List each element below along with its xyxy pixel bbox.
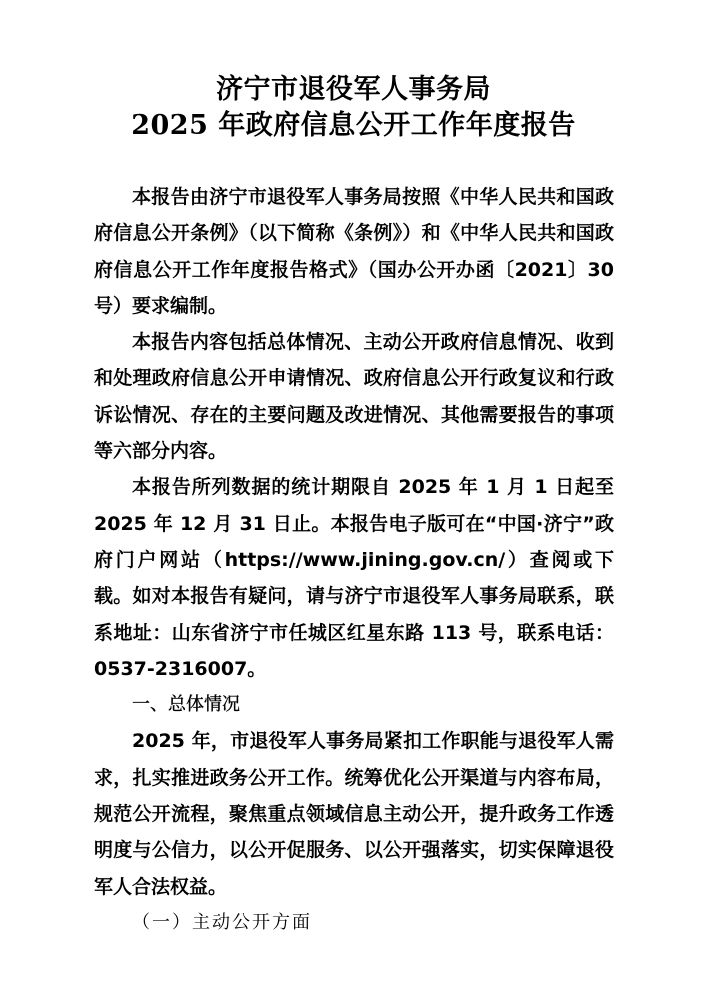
subsection-heading-proactive-disclosure: （一）主动公开方面 (94, 905, 614, 941)
paragraph-overview: 2025 年，市退役军人事务局紧扣工作职能与退役军人需求，扎实推进政务公开工作。… (94, 723, 614, 904)
title-organization: 济宁市退役军人事务局 (0, 72, 707, 108)
document-page: 济宁市退役军人事务局 2025 年政府信息公开工作年度报告 本报告由济宁市退役军… (0, 0, 707, 999)
paragraph-intro-period: 本报告所列数据的统计期限自 2025 年 1 月 1 日起至 2025 年 12… (94, 469, 614, 687)
title-report-name: 2025 年政府信息公开工作年度报告 (0, 108, 707, 144)
paragraph-intro-basis: 本报告由济宁市退役军人事务局按照《中华人民共和国政府信息公开条例》（以下简称《条… (94, 179, 614, 324)
document-body: 本报告由济宁市退役军人事务局按照《中华人民共和国政府信息公开条例》（以下简称《条… (94, 179, 614, 941)
document-title: 济宁市退役军人事务局 2025 年政府信息公开工作年度报告 (0, 72, 707, 144)
paragraph-intro-contents: 本报告内容包括总体情况、主动公开政府信息情况、收到和处理政府信息公开申请情况、政… (94, 324, 614, 469)
section-heading-overview: 一、总体情况 (94, 687, 614, 723)
